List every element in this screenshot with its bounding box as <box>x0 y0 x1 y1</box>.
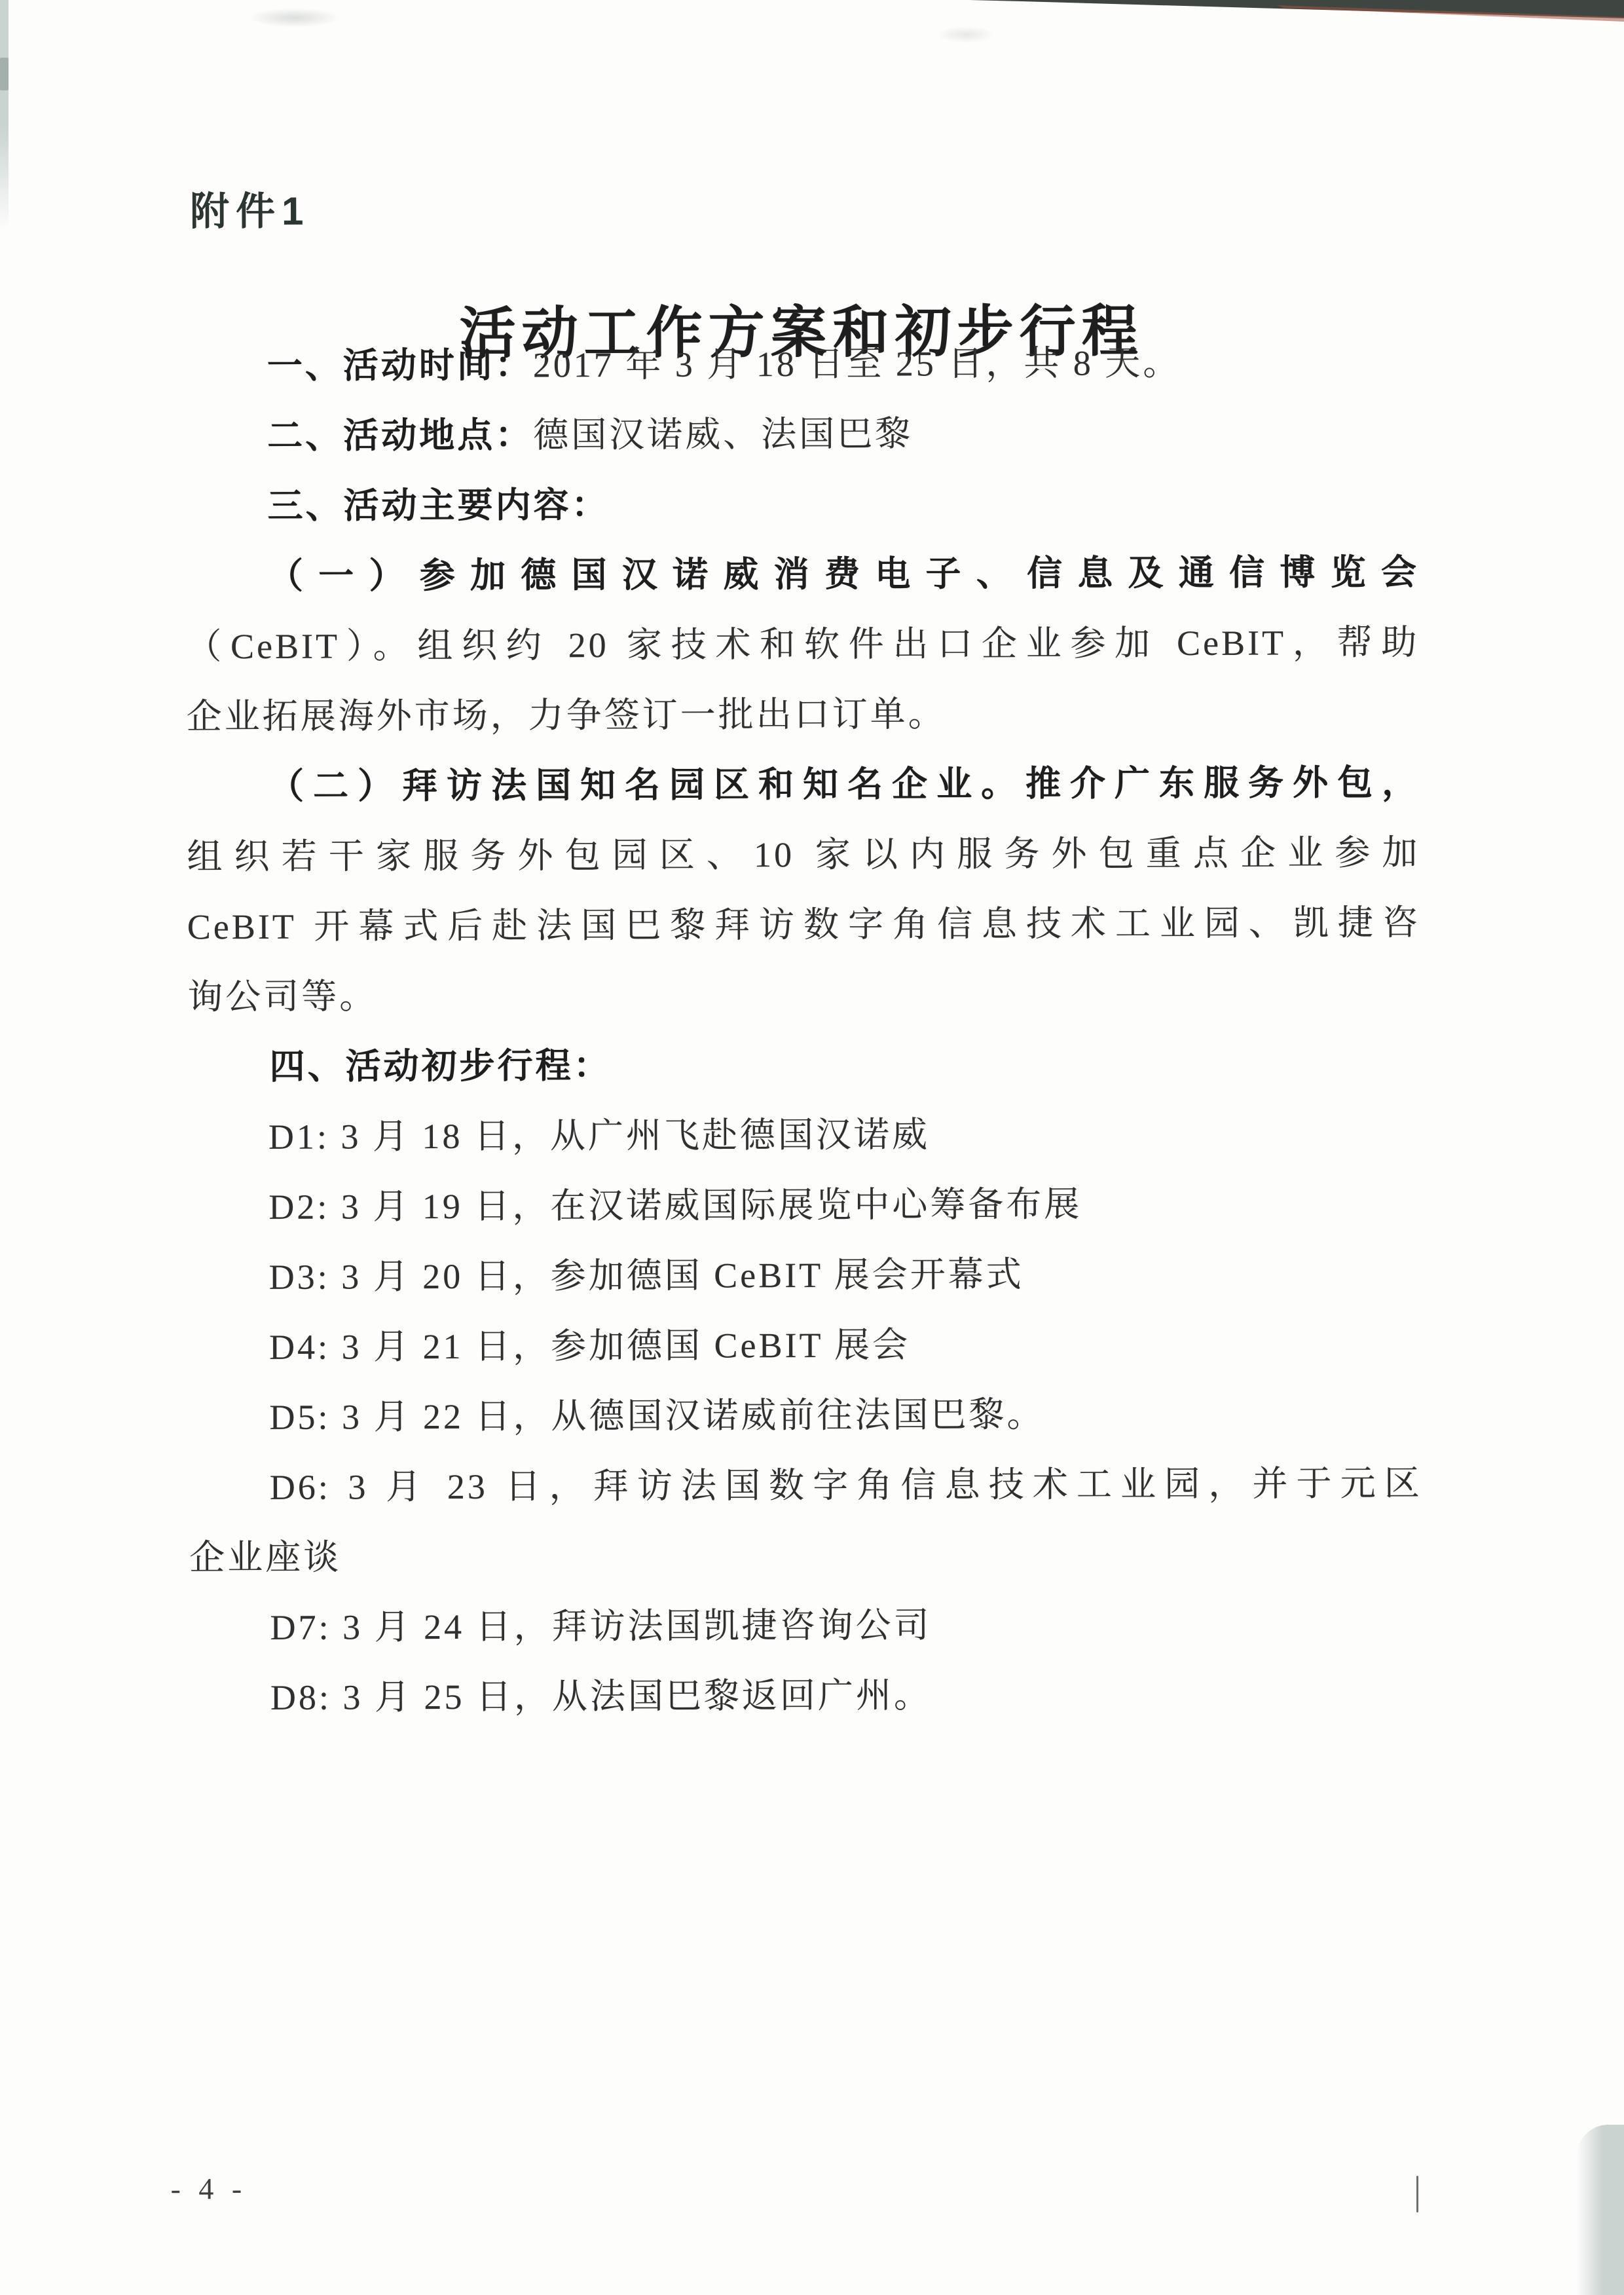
text-segment: 询公司等。 <box>187 977 377 1017</box>
text-segment: D6: 3 月 23 日，拜访法国数字角信息技术工业园，并于元区 <box>270 1464 1422 1507</box>
text-line: D5: 3 月 22 日，从德国汉诺威前往法国巴黎。 <box>189 1379 1422 1453</box>
text-segment: 企业拓展海外市场，力争签订一批出口订单。 <box>187 694 946 736</box>
text-segment: CeBIT 开幕式后赴法国巴黎拜访数字角信息技术工业园、凯捷咨 <box>187 903 1420 947</box>
text-line: CeBIT 开幕式后赴法国巴黎拜访数字角信息技术工业园、凯捷咨 <box>187 888 1420 963</box>
document-body: 一、活动时间：2017 年 3 月 18 日至 25 日，共 8 天。二、活动地… <box>185 327 1423 1734</box>
text-segment: D4: 3 月 21 日，参加德国 CeBIT 展会 <box>269 1325 910 1366</box>
text-segment: 组织若干家服务外包园区、10 家以内服务外包重点企业参加 <box>187 833 1420 877</box>
bold-text-segment: （一）参加德国汉诺威消费电子、信息及通信博览会 <box>268 553 1419 596</box>
text-line: 一、活动时间：2017 年 3 月 18 日至 25 日，共 8 天。 <box>185 327 1418 402</box>
text-line: D6: 3 月 23 日，拜访法国数字角信息技术工业园，并于元区 <box>189 1449 1422 1523</box>
text-segment: D2: 3 月 19 日，在汉诺威国际展览中心筹备布展 <box>268 1185 1082 1227</box>
text-line: D1: 3 月 18 日，从广州飞赴德国汉诺威 <box>188 1098 1421 1173</box>
text-segment: D1: 3 月 18 日，从广州飞赴德国汉诺威 <box>268 1115 930 1157</box>
text-line: 企业座谈 <box>189 1519 1422 1594</box>
text-segment: （CeBIT）。组织约 20 家技术和软件出口企业参加 CeBIT，帮助 <box>186 623 1419 667</box>
footer-page-number: - 4 - <box>170 2171 247 2206</box>
text-segment: D5: 3 月 22 日，从德国汉诺威前往法国巴黎。 <box>269 1395 1044 1437</box>
bold-text-segment: 一、活动时间： <box>267 345 533 385</box>
text-segment: 德国汉诺威、法国巴黎 <box>533 414 913 455</box>
bold-text-segment: 四、活动初步行程： <box>269 1046 611 1087</box>
text-line: 二、活动地点：德国汉诺威、法国巴黎 <box>185 398 1418 472</box>
document-content: 附件1 活动工作方案和初步行程 一、活动时间：2017 年 3 月 18 日至 … <box>0 0 1624 2295</box>
text-line: 企业拓展海外市场，力争签订一批出口订单。 <box>187 678 1420 753</box>
bold-text-segment: 三、活动主要内容： <box>267 485 609 526</box>
text-segment: 企业座谈 <box>189 1538 341 1578</box>
text-line: 组织若干家服务外包园区、10 家以内服务外包重点企业参加 <box>187 818 1420 893</box>
scanned-document-page: 附件1 活动工作方案和初步行程 一、活动时间：2017 年 3 月 18 日至 … <box>0 0 1624 2295</box>
text-line: D4: 3 月 21 日，参加德国 CeBIT 展会 <box>189 1309 1422 1383</box>
text-line: 询公司等。 <box>187 958 1420 1033</box>
text-line: （一）参加德国汉诺威消费电子、信息及通信博览会 <box>186 538 1419 612</box>
text-segment: 2017 年 3 月 18 日至 25 日，共 8 天。 <box>533 343 1181 384</box>
text-segment: D7: 3 月 24 日，拜访法国凯捷咨询公司 <box>270 1605 931 1647</box>
text-line: 四、活动初步行程： <box>187 1028 1420 1103</box>
bold-text-segment: 二、活动地点： <box>267 415 533 455</box>
text-line: D8: 3 月 25 日，从法国巴黎返回广州。 <box>190 1659 1423 1734</box>
text-line: D3: 3 月 20 日，参加德国 CeBIT 展会开幕式 <box>189 1239 1422 1313</box>
text-segment: D3: 3 月 20 日，参加德国 CeBIT 展会开幕式 <box>269 1255 1024 1297</box>
text-line: 三、活动主要内容： <box>185 468 1418 542</box>
text-line: D2: 3 月 19 日，在汉诺威国际展览中心筹备布展 <box>188 1168 1421 1243</box>
text-segment: D8: 3 月 25 日，从法国巴黎返回广州。 <box>270 1675 932 1717</box>
text-line: D7: 3 月 24 日，拜访法国凯捷咨询公司 <box>189 1589 1422 1664</box>
attachment-label: 附件1 <box>190 180 310 237</box>
text-line: （二）拜访法国知名园区和知名企业。推介广东服务外包， <box>187 748 1420 823</box>
bold-text-segment: （二）拜访法国知名园区和知名企业。推介广东服务外包， <box>268 763 1420 806</box>
text-line: （CeBIT）。组织约 20 家技术和软件出口企业参加 CeBIT，帮助 <box>186 608 1419 682</box>
